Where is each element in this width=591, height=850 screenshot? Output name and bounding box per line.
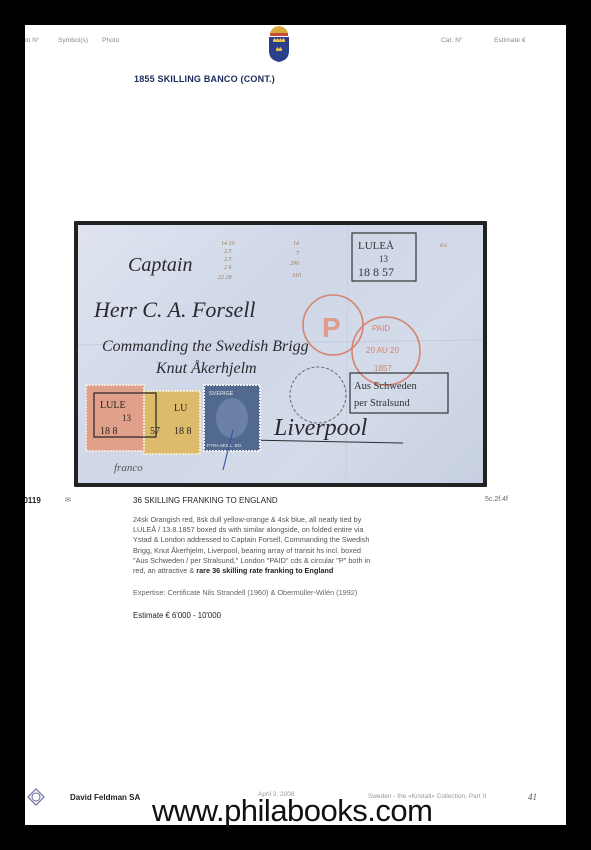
svg-text:2 6: 2 6 [224, 265, 232, 271]
svg-text:22 29: 22 29 [218, 275, 232, 281]
svg-text:Kvi: Kvi [439, 244, 448, 249]
svg-text:1857: 1857 [374, 364, 392, 373]
lot-expertise: Expertise: Certificate Nils Strandell (1… [133, 588, 357, 597]
svg-text:Captain: Captain [128, 254, 192, 276]
df-diamond-logo-icon [27, 788, 45, 806]
svg-text:18 8 57: 18 8 57 [358, 265, 394, 279]
svg-text:13: 13 [379, 254, 389, 264]
lot-estimate: Estimate € 6'000 - 10'000 [133, 611, 221, 620]
lot-number: 10119 [25, 496, 41, 505]
catalog-page: Lot N° Symbol(s) Photo Cat. N° Estimate … [25, 25, 566, 825]
cover-illustration: 14 102.52.52 622 29 147290310 Kvi LULEÅ … [78, 225, 483, 483]
lot-description-highlight: rare 36 skilling rate franking to Englan… [196, 566, 333, 575]
cover-envelope-icon: ✉ [65, 496, 71, 504]
section-title: 1855 SKILLING BANCO (CONT.) [134, 74, 275, 84]
svg-text:LU: LU [174, 403, 188, 414]
svg-text:FYRA SKILL. BO.: FYRA SKILL. BO. [207, 443, 243, 448]
lot-description: 24sk Orangish red, 8sk dull yellow-orang… [133, 515, 378, 576]
page-number: 41 [528, 792, 537, 802]
column-header-estimate: Estimate € [494, 37, 526, 44]
swedish-crest-icon [267, 25, 291, 63]
svg-text:2.5: 2.5 [224, 257, 232, 263]
svg-text:2.5: 2.5 [224, 249, 232, 255]
svg-text:57: 57 [150, 426, 160, 437]
watermark-url: www.philabooks.com [152, 793, 432, 829]
svg-text:20 AU 20: 20 AU 20 [366, 346, 399, 355]
svg-text:franco: franco [114, 462, 143, 474]
svg-text:Knut Åkerhjelm: Knut Åkerhjelm [155, 359, 257, 377]
svg-text:LULE: LULE [100, 400, 126, 411]
svg-text:P: P [322, 312, 341, 343]
svg-text:18 8: 18 8 [100, 426, 118, 437]
column-header-cat: Cat. N° [441, 37, 463, 44]
svg-text:14: 14 [293, 240, 299, 247]
column-header-symbols: Symbol(s) [58, 37, 88, 44]
column-header-photo: Photo [102, 37, 120, 44]
stamp-4-skilling: SVERIGE FYRA SKILL. BO. [204, 385, 260, 451]
svg-text:Liverpool: Liverpool [273, 415, 368, 441]
svg-text:SVERIGE: SVERIGE [209, 391, 234, 397]
svg-text:Aus Schweden: Aus Schweden [354, 381, 417, 392]
svg-text:13: 13 [122, 413, 132, 423]
svg-text:14 10: 14 10 [221, 240, 235, 247]
svg-text:LULEÅ: LULEÅ [358, 240, 394, 252]
column-header-lot: Lot N° [25, 37, 40, 44]
svg-text:per Stralsund: per Stralsund [354, 398, 410, 409]
footer-company: David Feldman SA [70, 793, 140, 802]
svg-text:Commanding the Swedish Brigg: Commanding the Swedish Brigg [102, 338, 309, 355]
svg-text:310: 310 [291, 273, 301, 279]
svg-text:PAID: PAID [372, 324, 390, 333]
svg-text:290: 290 [290, 261, 299, 267]
svg-text:7: 7 [296, 251, 300, 257]
catalog-reference: 5c.2f.4f [485, 496, 508, 503]
stamp-8-skilling [144, 391, 200, 454]
svg-text:18 8: 18 8 [174, 426, 192, 437]
lot-title: 36 SKILLING FRANKING TO ENGLAND [133, 496, 278, 505]
cover-photo: 14 102.52.52 622 29 147290310 Kvi LULEÅ … [74, 221, 487, 487]
svg-text:Herr C. A. Forsell: Herr C. A. Forsell [93, 297, 256, 322]
stamp-24-skilling [86, 385, 144, 451]
